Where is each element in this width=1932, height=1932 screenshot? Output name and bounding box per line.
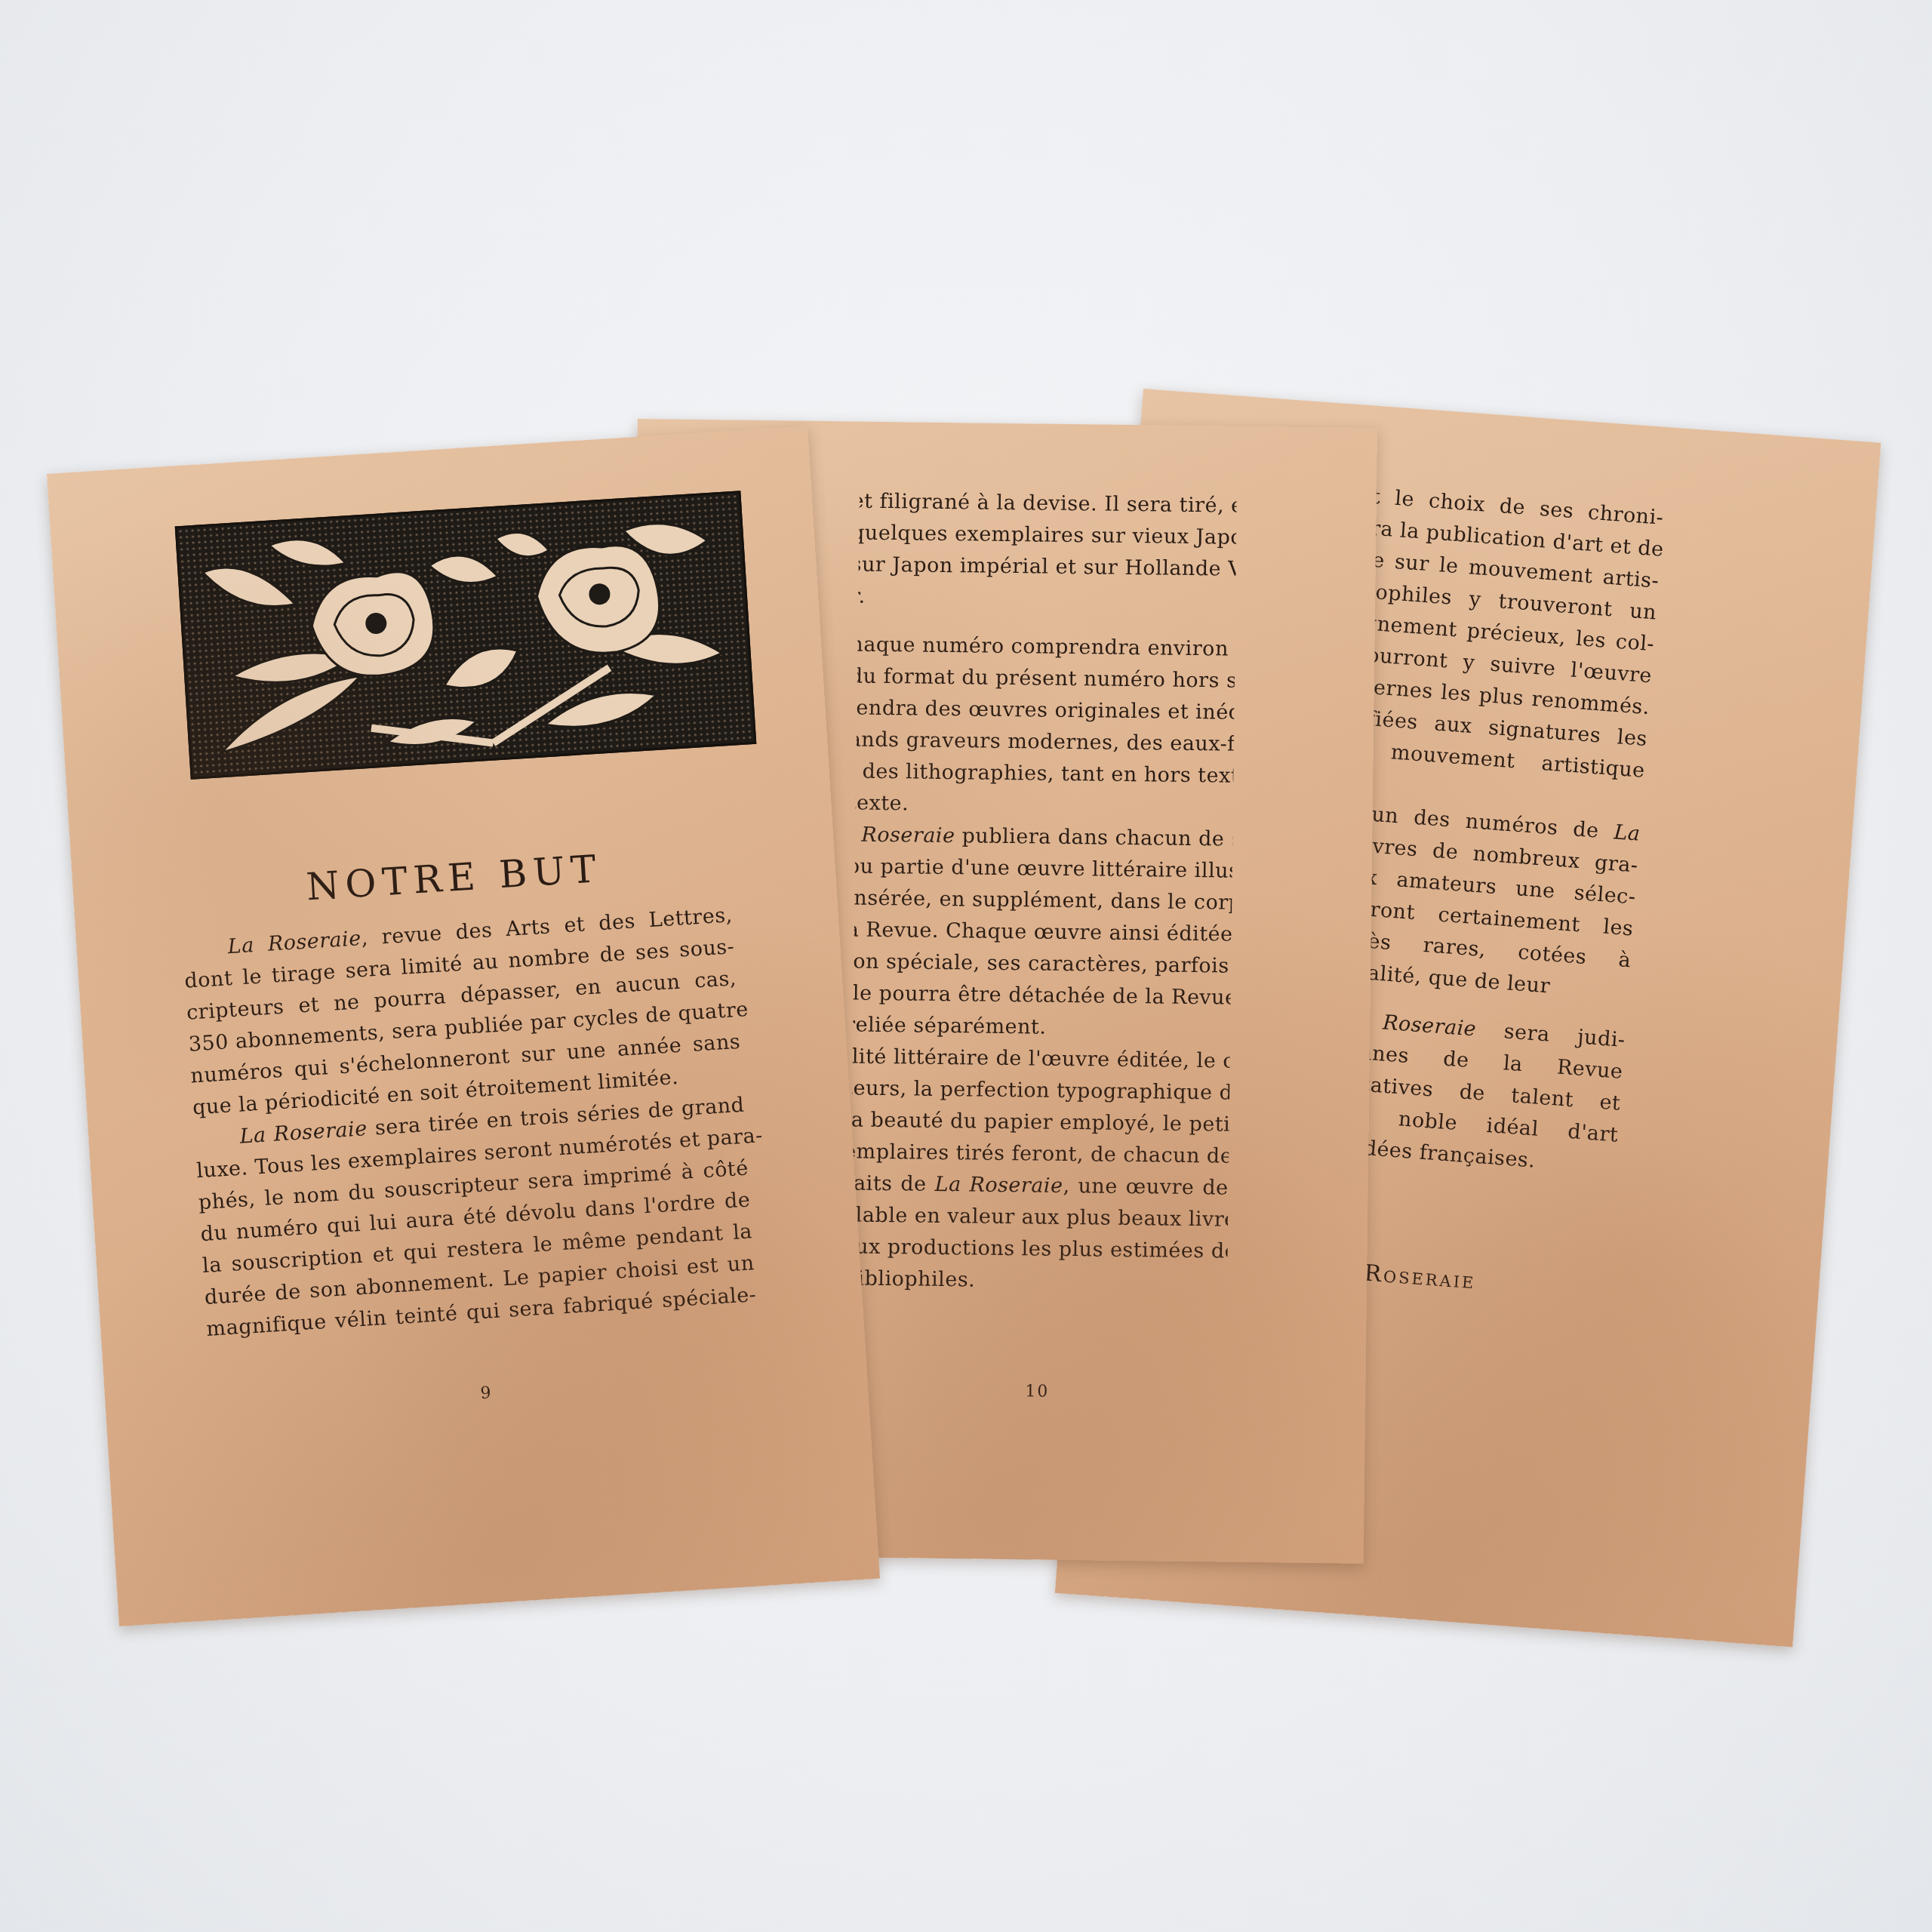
page-10-text: et filigrané à la devise. Il sera tiré, … [848, 485, 1237, 1299]
text-line: texte. [848, 787, 1233, 823]
text-line: a Revue. Chaque œuvre ainsi éditée aura [848, 914, 1232, 950]
text-line: ou partie d'une œuvre littéraire illustr… [848, 851, 1232, 887]
text-line: teurs, la perfection typographique de [848, 1072, 1229, 1109]
page-10-body: et filigrané à la devise. Il sera tiré, … [848, 467, 1244, 1415]
page-number: 9 [106, 1360, 868, 1426]
text-line: insérée, en supplément, dans le corps du [848, 882, 1232, 918]
text-line: aux productions les plus estimées des [848, 1231, 1228, 1267]
page-9: NOTRE BUT La Roseraie, revue des Arts et… [47, 426, 880, 1626]
text-line: et filigrané à la devise. Il sera tiré, … [851, 485, 1236, 521]
rose-woodcut-illustration [175, 491, 757, 779]
text-line: sur Japon impérial et sur Hollande Van [851, 549, 1235, 585]
text-line: alable en valeur aux plus beaux livres [848, 1199, 1228, 1235]
text-line: quelques exemplaires sur vieux Japon à l… [851, 517, 1236, 553]
text-line: haque numéro comprendra environ 200 page… [850, 629, 1235, 665]
text-line: emplaires tirés feront, de chacun des [848, 1136, 1229, 1172]
text-line: ands graveurs modernes, des eaux-fortes, [849, 724, 1234, 760]
page-9-text: La Roseraie, revue des Arts et des Lettr… [182, 900, 758, 1346]
text-line: , des lithographies, tant en hors texte … [848, 755, 1233, 792]
text-line: la beauté du papier employé, le petit [848, 1104, 1229, 1140]
text-line: Bibliophiles. [848, 1263, 1227, 1299]
text-line: . Roseraie publiera dans chacun de ses n… [848, 819, 1233, 855]
text-line: lle pourra être détachée de la Revue, [848, 977, 1231, 1014]
text-line: ion spéciale, ses caractères, parfois so… [848, 946, 1231, 982]
text-line: r. [851, 580, 1235, 617]
text-line: raits de La Roseraie, une œuvre de [848, 1168, 1229, 1204]
rose-woodcut-icon [177, 494, 754, 777]
text-line: ılité littéraire de l'œuvre éditée, le c… [848, 1041, 1230, 1077]
text-line: reliée séparément. [848, 1009, 1230, 1045]
text-line: iendra des œuvres originales et inédites… [849, 692, 1234, 728]
text-line: du format du présent numéro hors série. [850, 660, 1235, 697]
